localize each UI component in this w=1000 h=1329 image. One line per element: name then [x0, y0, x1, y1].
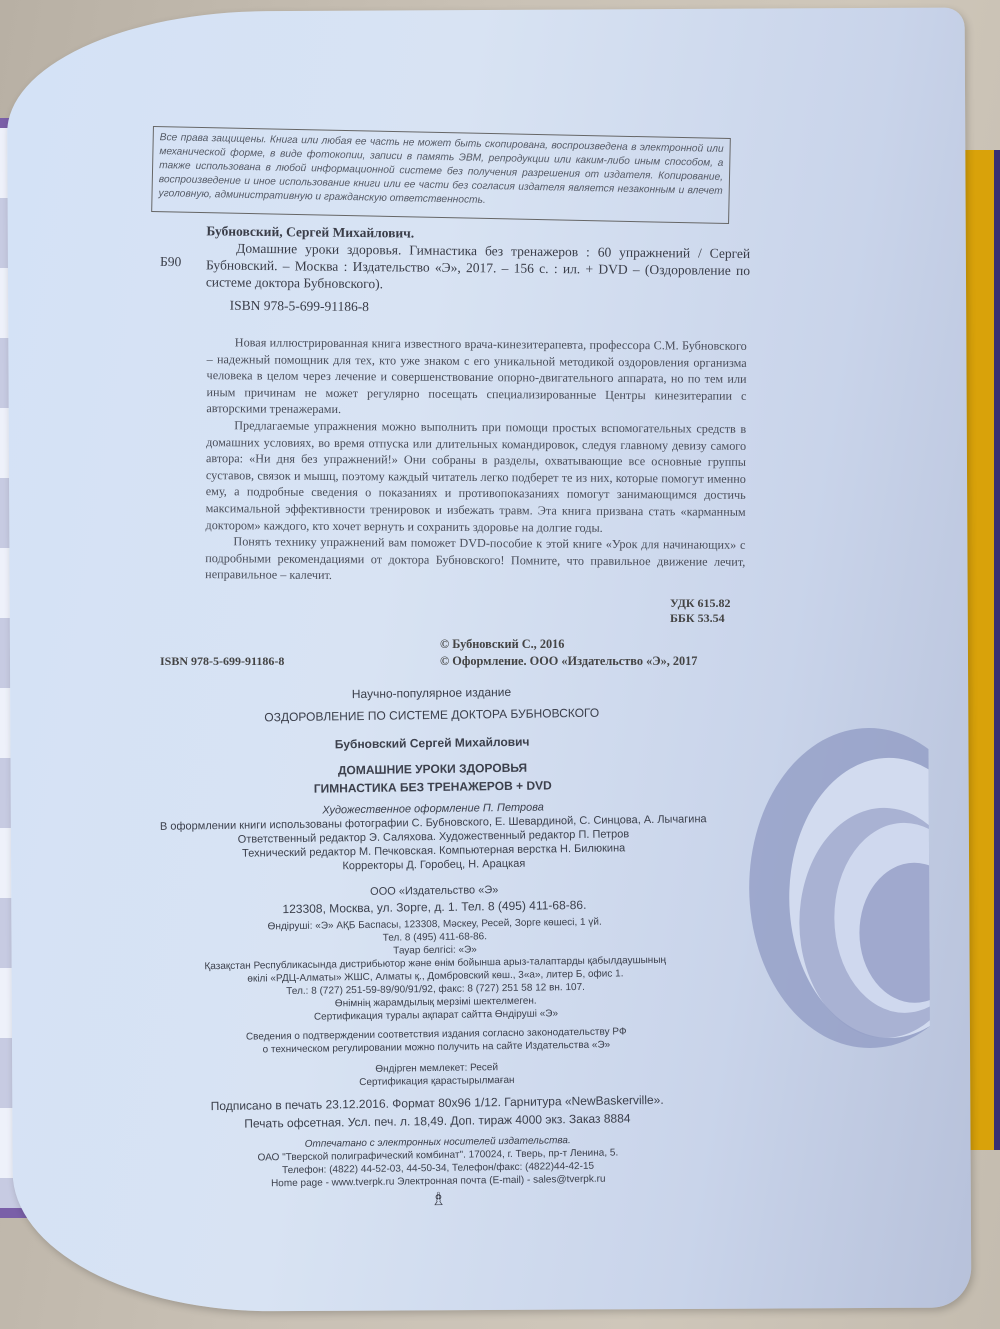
udk-code: УДК 615.82 — [670, 596, 731, 611]
copyright-author: © Бубновский С., 2016 — [440, 636, 697, 653]
imprint-block: Научно-популярное издание ОЗДОРОВЛЕНИЕ П… — [126, 680, 743, 1214]
copyright-lines: © Бубновский С., 2016 © Оформление. ООО … — [440, 636, 697, 670]
catalog-isbn: ISBN 978-5-699-91186-8 — [230, 297, 750, 319]
printer-info: Отпечатано с электронных носителей издат… — [133, 1132, 744, 1193]
isbn-bottom: ISBN 978-5-699-91186-8 — [160, 654, 284, 669]
catalog-code: Б90 — [160, 253, 181, 270]
series-name: ОЗДОРОВЛЕНИЕ ПО СИСТЕМЕ ДОКТОРА БУБНОВСК… — [127, 702, 737, 729]
imprint-author: Бубновский Сергей Михайлович — [127, 730, 737, 757]
annotation: Новая иллюстрированная книга известного … — [205, 334, 747, 587]
conformity-info: Сведения о подтверждении соответствия из… — [131, 1024, 741, 1059]
rights-notice-box: Все права защищены. Книга или любая ее ч… — [151, 126, 731, 224]
copyright-design: © Оформление. ООО «Издательство «Э», 201… — [440, 653, 697, 670]
annotation-paragraph: Предлагаемые упражнения можно выполнить … — [205, 417, 746, 537]
annotation-paragraph: Новая иллюстрированная книга известного … — [206, 334, 747, 421]
credits: Художественное оформление П. Петрова В о… — [128, 798, 739, 877]
annotation-paragraph: Понять технику упражнений вам поможет DV… — [205, 533, 745, 587]
kz-info: Өндіруші: «Э» АҚБ Баспасы, 123308, Мәске… — [130, 914, 741, 1027]
catalog-card: Б90 Бубновский, Сергей Михайлович. Домаш… — [160, 222, 751, 319]
bbk-code: ББК 53.54 — [670, 611, 731, 626]
classification-codes: УДК 615.82 ББК 53.54 — [670, 596, 731, 626]
origin-info: Өндірген мемлекет: Ресей Сертификация қа… — [132, 1058, 742, 1093]
print-info: Подписано в печать 23.12.2016. Формат 80… — [132, 1090, 742, 1135]
page-text: Все права защищены. Книга или любая ее ч… — [0, 0, 1000, 1329]
catalog-description: Домашние уроки здоровья. Гимнастика без … — [206, 239, 751, 296]
